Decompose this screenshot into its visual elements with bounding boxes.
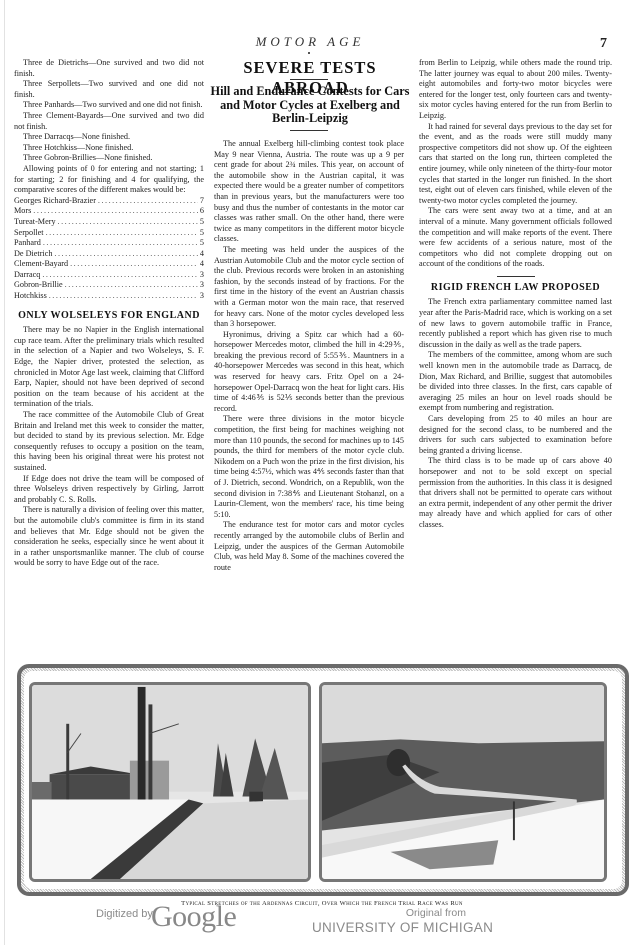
score-make: De Dietrich — [14, 249, 54, 260]
paragraph: The cars were sent away two at a time, a… — [419, 206, 612, 270]
divider-rule — [497, 276, 535, 277]
score-make: Tureat-Mery — [14, 217, 58, 228]
score-value: 5 — [198, 228, 204, 239]
original-from-label: Original from — [346, 907, 466, 919]
score-make: Mors — [14, 206, 33, 217]
score-make: Serpollet — [14, 228, 46, 239]
page-number: 7 — [600, 36, 607, 52]
section-heading-wolseleys: ONLY WOLSELEYS FOR ENGLAND — [14, 311, 204, 322]
score-value: 5 — [198, 238, 204, 249]
paragraph: Three Darracqs—None finished. — [14, 132, 204, 143]
paragraph: The endurance test for motor cars and mo… — [214, 520, 404, 573]
score-row: Tureat-Mery5 — [14, 217, 204, 228]
paragraph: The race committee of the Automobile Clu… — [14, 410, 204, 474]
score-row: Gobron-Brillie3 — [14, 280, 204, 291]
university-label: UNIVERSITY OF MICHIGAN — [312, 920, 493, 935]
score-value: 6 — [198, 206, 204, 217]
ornament-dot — [308, 52, 310, 54]
paragraph: The members of the committee, among whom… — [419, 350, 612, 414]
column-3: from Berlin to Leipzig, while others mad… — [419, 58, 612, 531]
score-make: Panhard — [14, 238, 43, 249]
paragraph: The annual Exelberg hill-climbing contes… — [214, 139, 404, 245]
paragraph: If Edge does not drive the team will be … — [14, 474, 204, 506]
paragraph: There were three divisions in the motor … — [214, 414, 404, 520]
score-table: Georges Richard-Brazier7 Mors6 Tureat-Me… — [14, 196, 204, 302]
paragraph: Allowing points of 0 for entering and no… — [14, 164, 204, 196]
paragraph: The French extra parliamentary committee… — [419, 297, 612, 350]
score-row: Clement-Bayard4 — [14, 259, 204, 270]
paragraph: Three de Dietrichs—One survived and two … — [14, 58, 204, 79]
paragraph: It had rained for several days previous … — [419, 122, 612, 207]
score-row: Serpollet5 — [14, 228, 204, 239]
scan-edge — [4, 0, 5, 945]
score-row: De Dietrich4 — [14, 249, 204, 260]
score-value: 3 — [198, 270, 204, 281]
paragraph: Three Panhards—Two survived and one did … — [14, 100, 204, 111]
score-row: Georges Richard-Brazier7 — [14, 196, 204, 207]
paragraph: Three Hotchkiss—None finished. — [14, 143, 204, 154]
paragraph: from Berlin to Leipzig, while others mad… — [419, 58, 612, 122]
score-value: 3 — [198, 291, 204, 302]
score-value: 7 — [198, 196, 204, 207]
paragraph: The third class is to be made up of cars… — [419, 456, 612, 530]
paragraph: Three Serpollets—Two survived and one di… — [14, 79, 204, 100]
score-value: 5 — [198, 217, 204, 228]
score-make: Hotchkiss — [14, 291, 49, 302]
score-value: 4 — [198, 259, 204, 270]
photo-winding-road — [319, 682, 607, 882]
photo-tree-lined-road — [29, 682, 311, 882]
column-1: Three de Dietrichs—One survived and two … — [14, 58, 204, 569]
score-row: Hotchkiss3 — [14, 291, 204, 302]
paragraph: There may be no Napier in the English in… — [14, 325, 204, 410]
divider-rule — [290, 79, 328, 80]
countryside-photo-illustration — [322, 685, 604, 879]
score-row: Mors6 — [14, 206, 204, 217]
paragraph: Three Gobron-Brillies—None finished. — [14, 153, 204, 164]
article-subtitle: Hill and Endurance Contests for Cars and… — [205, 85, 415, 126]
road-photo-illustration — [32, 685, 308, 879]
google-logo: Google — [151, 900, 236, 934]
section-heading-french-law: RIGID FRENCH LAW PROPOSED — [419, 283, 612, 294]
paragraph: Cars developing from 25 to 40 miles an h… — [419, 414, 612, 456]
paragraph: Three Clement-Bayards—One survived and t… — [14, 111, 204, 132]
paragraph: The meeting was held under the auspices … — [214, 245, 404, 330]
paragraph: Hyronimus, driving a Spitz car which had… — [214, 330, 404, 415]
score-make: Georges Richard-Brazier — [14, 196, 98, 207]
score-make: Clement-Bayard — [14, 259, 70, 270]
score-row: Panhard5 — [14, 238, 204, 249]
score-make: Gobron-Brillie — [14, 280, 65, 291]
score-value: 3 — [198, 280, 204, 291]
score-make: Darracq — [14, 270, 42, 281]
photo-caption: Typical Stretches of the Ardennas Circui… — [0, 900, 644, 907]
running-head: MOTOR AGE — [205, 34, 415, 50]
score-value: 4 — [198, 249, 204, 260]
digitized-by-label: Digitized by — [96, 908, 153, 920]
paragraph: There is naturally a division of feeling… — [14, 505, 204, 569]
score-row: Darracq3 — [14, 270, 204, 281]
column-2: The annual Exelberg hill-climbing contes… — [214, 139, 404, 573]
photo-frame — [17, 664, 629, 896]
divider-rule — [290, 130, 328, 131]
